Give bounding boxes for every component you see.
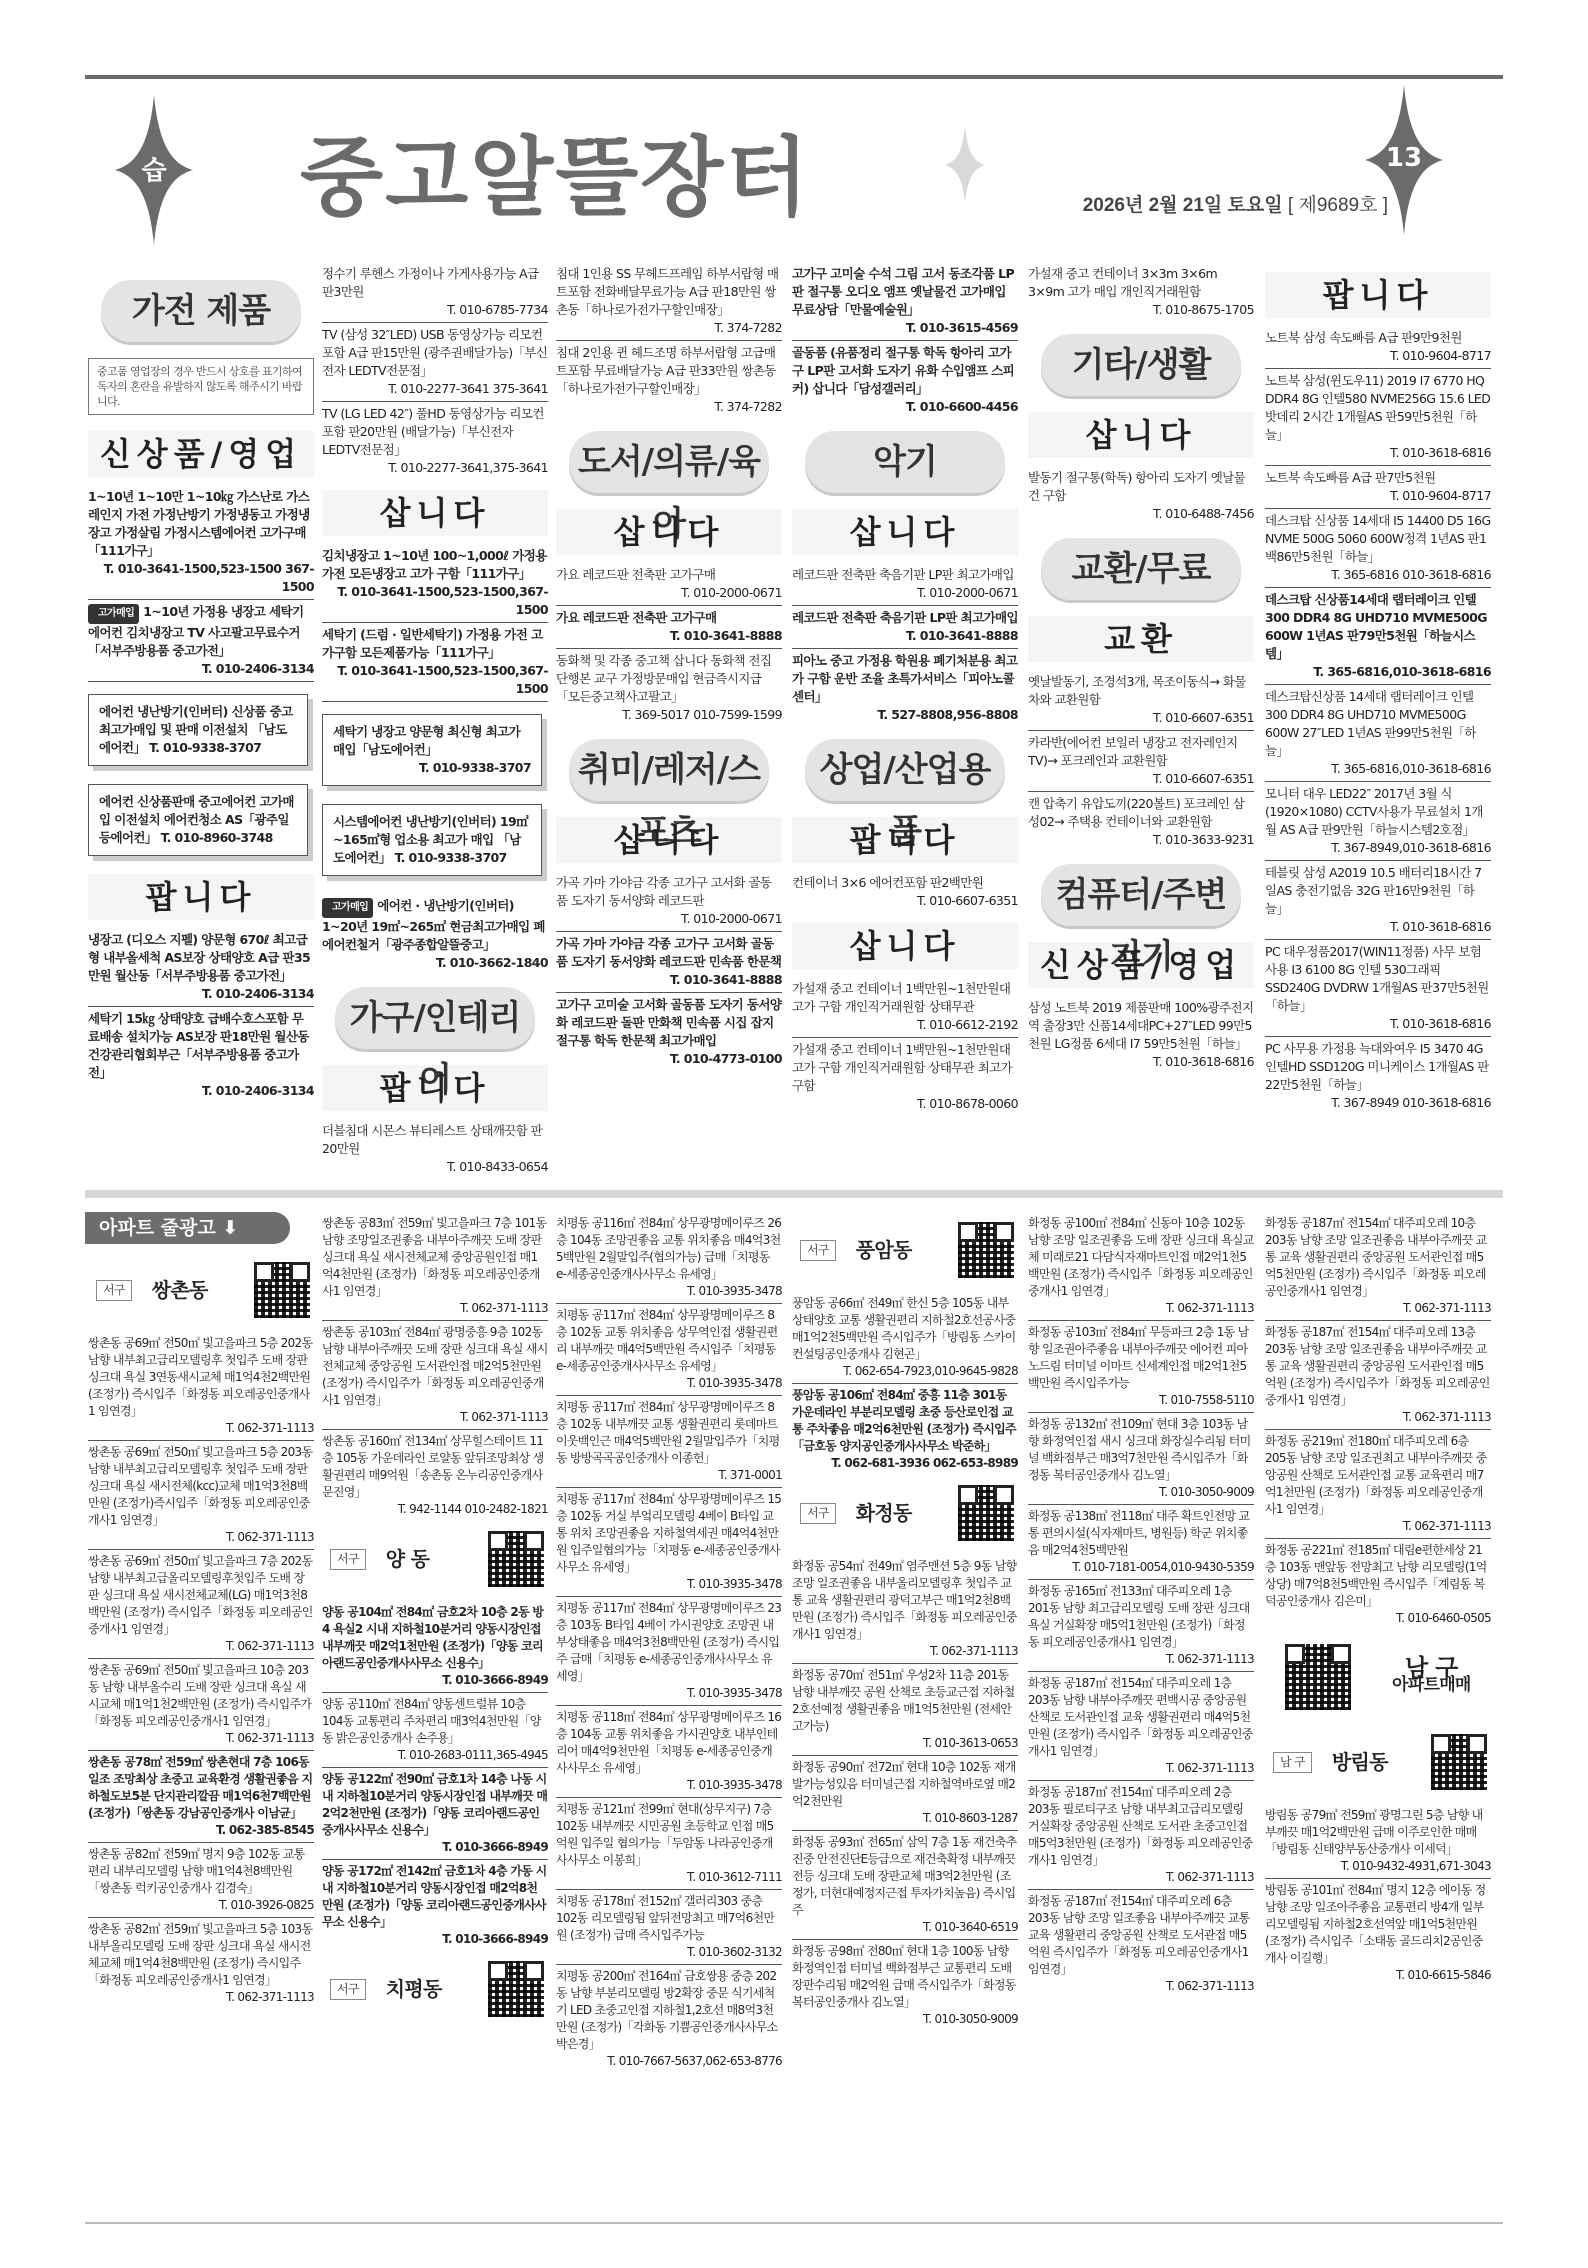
listing: 1~10년 1~10만 1~10㎏ 가스난로 가스레인지 가전 가정난방기 가정… (88, 485, 314, 600)
listing: 쌍촌동 공69㎡ 전50㎡ 빛고을파크 5층 203동 남향 내부최고급리모델링… (88, 1441, 314, 1550)
listing: 쌍촌동 공82㎡ 전59㎡ 빛고을파크 5층 103동 내부올리모델링 도배 장… (88, 1918, 314, 2009)
listing: 가설재 중고 컨테이너 1백만원~1천만원대 고가 구함 개인직거래원함 상태무… (792, 977, 1018, 1038)
listing: 가곡 가마 가야금 각종 고가구 고서화 골동품 도자기 동서양화 레코드판T.… (556, 871, 782, 932)
district-header: 서구쌍촌동 (88, 1252, 314, 1332)
listing: 풍암동 공106㎡ 전84㎡ 중흥 11층 301동 가운데라인 부분리모델링 … (792, 1384, 1018, 1475)
listing: 치평동 공117㎡ 전84㎡ 상무광명메이루즈 15층 102동 거실 부엌리모… (556, 1488, 782, 1597)
listing: 화정동 공187㎡ 전154㎡ 대주피오레 2층 203동 필로티구조 남향 내… (1028, 1781, 1254, 1890)
listing: 컨테이너 3×6 에어컨포함 판2백만원T. 010-6607-6351 (792, 871, 1018, 913)
section-sell: 팝니다 (1265, 272, 1491, 318)
listing: 정수기 루헨스 가정이나 가게사용가능 A급 판3만원T. 010-6785-7… (322, 262, 548, 323)
listing: 치평동 공121㎡ 전99㎡ 현대(상무지구) 7층 102동 내부깨끗 시민공… (556, 1798, 782, 1890)
apt-column-1: 서구쌍촌동 쌍촌동 공69㎡ 전50㎡ 빛고을파크 5층 202동 남향 내부최… (88, 1252, 314, 2009)
category-appliances: 가전 제품 (101, 280, 301, 342)
listing: 동화책 및 각종 중고책 삽니다 동화책 전집 단행본 교구 가정방문매입 현금… (556, 649, 782, 727)
listing: 가설재 중고 컨테이너 1백만원~1천만원대 고가 구함 개인직거래원함 상태무… (792, 1038, 1018, 1116)
listing: 양동 공172㎡ 전142㎡ 금호1차 4층 가동 시내 지하철10분거리 양동… (322, 1860, 548, 1951)
listing: 모니터 대우 LED22″ 2017년 3월 식(1920×1080) CCTV… (1265, 782, 1491, 861)
premium-buy-tag: 고가매입 (322, 898, 373, 918)
qr-code-icon[interactable] (488, 1961, 544, 2017)
page-number: 13 (1365, 143, 1443, 173)
listing: 더블침대 시몬스 뷰티레스트 상태깨끗함 판20만원T. 010-8433-06… (322, 1119, 548, 1179)
listing: 노트북 삼성(윈도우11) 2019 I7 6770 HQ DDR4 8G 인텔… (1265, 369, 1491, 466)
listing: 치평동 공117㎡ 전84㎡ 상무광명메이루즈 8층 102동 교통 위치좋음 … (556, 1304, 782, 1396)
listing: 화정동 공93㎡ 전65㎡ 삼익 7층 1동 재건축추진중 안전진단E등급으로 … (792, 1831, 1018, 1940)
listing: 쌍촌동 공103㎡ 전84㎡ 광명중흥 9층 102동 남향 내부아주깨끗 도배… (322, 1321, 548, 1430)
listing: 데스크탑 신상품14세대 랩터레이크 인텔 300 DDR4 8G UHD710… (1265, 588, 1491, 685)
section-sell: 팝니다 (322, 1065, 548, 1111)
listing: PC 대우정품2017(WIN11정품) 사무 보험사용 I3 6100 8G … (1265, 940, 1491, 1037)
qr-code-icon[interactable] (958, 1222, 1014, 1278)
listing: 치평동 공117㎡ 전84㎡ 상무광명메이루즈 23층 103동 B타입 4베이… (556, 1597, 782, 1706)
category-computers: 컴퓨터/주변기기 (1041, 864, 1241, 926)
boxed-listing: 세탁기 냉장고 양문형 최신형 최고가매입「남도에어컨」T. 010-9338-… (322, 714, 542, 786)
qr-code-icon[interactable] (488, 1531, 544, 1587)
listing: 고가구 고미술 수석 그림 고서 동조각품 LP판 절구통 오디오 앰프 옛날물… (792, 262, 1018, 341)
column-3: 침대 1인용 SS 무헤드프레임 하부서랍형 매트포함 전화배달무료가능 A급 … (556, 262, 782, 1071)
district-header: 서구풍암동 (792, 1212, 1018, 1292)
listing: 데스크탑 신상품 14세대 I5 14400 D5 16G NVME 500G … (1265, 509, 1491, 588)
listing: 레코드판 전축판 축음기판 LP판 최고가매입T. 010-3641-8888 (792, 606, 1018, 649)
listing: 화정동 공132㎡ 전109㎡ 현대 3층 103동 남향 화정역인접 새시 싱… (1028, 1413, 1254, 1505)
listing: 발동기 절구통(학독) 항아리 도자기 옛날물건 구함T. 010-6488-7… (1028, 466, 1254, 526)
column-1: 가전 제품 중고품 영업장의 경우 반드시 상호를 표기하여 독자의 혼란을 유… (88, 268, 314, 1103)
listing: 가곡 가마 가야금 각종 고가구 고서화 골동품 도자기 동서양화 레코드판 민… (556, 932, 782, 993)
district-header: 서구양 동 (322, 1521, 548, 1601)
badge-label: 습 (115, 150, 193, 187)
listing: 화정동 공187㎡ 전154㎡ 대주피오레 1층 203동 남향 내부아주깨끗 … (1028, 1672, 1254, 1781)
listing: 화정동 공103㎡ 전84㎡ 무등파크 2층 1동 남향 일조권아주좋음 내부아… (1028, 1321, 1254, 1413)
listing: 치평동 공200㎡ 전164㎡ 금호쌍용 중층 202동 남향 부분리모델링 방… (556, 1965, 782, 2073)
listing: 화정동 공100㎡ 전84㎡ 신동아 10층 102동 남향 조망 일조권좋음 … (1028, 1212, 1254, 1321)
listing: 가설재 중고 컨테이너 3×3m 3×6m 3×9m 고가 매입 개인직거래원함… (1028, 262, 1254, 322)
listing: 골동품 (유품정리 절구통 학독 항아리 고가구 LP판 고서화 도자기 유화 … (792, 341, 1018, 419)
section-new-business: 신상품/영업 (1028, 942, 1254, 988)
listing: 가요 레코드판 전축판 고가구매T. 010-3641-8888 (556, 606, 782, 649)
listing: 쌍촌동 공83㎡ 전59㎡ 빛고을파크 7층 101동 남향 조망일조권좋음 내… (322, 1212, 548, 1321)
boxed-listing: 시스템에어컨 냉난방기(인버터) 19㎡~165㎡형 업소용 최고가 매입 「남… (322, 804, 542, 876)
category-misc-living: 기타/생활 (1041, 334, 1241, 396)
page-title: 중고알뜰장터 (300, 108, 810, 232)
category-books-clothing: 도서/의류/육아 (569, 431, 769, 493)
listing: TV (삼성 32″LED) USB 동영상가능 리모컨포함 A급 판15만원 … (322, 323, 548, 402)
listing: 화정동 공221㎡ 전185㎡ 대림e편한세상 21층 103동 맨앞동 전망최… (1265, 1539, 1491, 1630)
listing: 화정동 공138㎡ 전118㎡ 대주 확트인전망 교통 편의시설(식자재마트, … (1028, 1505, 1254, 1580)
district-header: 서구치평동 (322, 1951, 548, 2031)
listing: 삼성 노트북 2019 제품판매 100%광주전지역 출장3만 신품14세대PC… (1028, 996, 1254, 1074)
listing: PC 사무용 가정용 늑대와여우 I5 3470 4G 인텔HD SSD120G… (1265, 1037, 1491, 1115)
listing: 화정동 공187㎡ 전154㎡ 대주피오레 10층 203동 남향 조망 일조권… (1265, 1212, 1491, 1321)
qr-code-icon[interactable] (254, 1262, 310, 1318)
section-divider (85, 1190, 1503, 1198)
listing: 노트북 속도빠름 A급 판7만5천원T. 010-9604-8717 (1265, 466, 1491, 509)
listing: 치평동 공116㎡ 전84㎡ 상무광명메이루즈 26층 104동 조망권좋음 교… (556, 1212, 782, 1304)
section-new-business: 신상품/영업 (88, 431, 314, 477)
listing: 치평동 공178㎡ 전152㎡ 갤러리303 중층 102동 리모델링됨 앞뒤전… (556, 1890, 782, 1965)
apt-column-6: 화정동 공187㎡ 전154㎡ 대주피오레 10층 203동 남향 조망 일조권… (1265, 1212, 1491, 1987)
issue-date: 2026년 2월 21일 토요일 [ 제9689호 ] (1083, 190, 1388, 217)
listing: 방림동 공101㎡ 전84㎡ 명지 12층 에이동 정남향 조망 일조아주좋음 … (1265, 1879, 1491, 1987)
section-buy: 삽니다 (792, 509, 1018, 555)
bottom-rule (85, 2222, 1503, 2224)
listing: 양동 공110㎡ 전84㎡ 양동센트럴뷰 10층 104동 교통편리 주차편리 … (322, 1693, 548, 1768)
section-sell: 팝니다 (88, 874, 314, 920)
apt-column-2: 쌍촌동 공83㎡ 전59㎡ 빛고을파크 7층 101동 남향 조망일조권좋음 내… (322, 1212, 548, 2031)
column-6: 팝니다 노트북 삼성 속도빠름 A급 판9만9천원T. 010-9604-871… (1265, 262, 1491, 1115)
listing: 노트북 삼성 속도빠름 A급 판9만9천원T. 010-9604-8717 (1265, 326, 1491, 369)
listing: 고가매입1~10년 가정용 냉장고 세탁기 에어컨 김치냉장고 TV 사고팔고무… (88, 600, 314, 682)
listing: 고가매입에어컨 · 냉난방기(인버터) 1~20년 19㎡~265㎡ 현금최고가… (322, 894, 548, 975)
sparkle-icon (945, 120, 985, 210)
category-hobby-sports: 취미/레저/스포츠 (569, 739, 769, 801)
listing: 데스크탑신상품 14세대 랩터레이크 인텔 300 DDR4 8G UHD710… (1265, 685, 1491, 782)
listing: 화정동 공90㎡ 전72㎡ 현대 10층 102동 재개발가능성있음 터미널근접… (792, 1756, 1018, 1831)
listing: 양동 공122㎡ 전90㎡ 금호1차 14층 나동 시내 지하철10분거리 양동… (322, 1768, 548, 1860)
listing: 화정동 공187㎡ 전154㎡ 대주피오레 13층 203동 남향 조망 일조권… (1265, 1321, 1491, 1430)
listing: 화정동 공54㎡ 전49㎡ 염주맨션 5층 9동 남향 조망 일조권좋음 내부올… (792, 1555, 1018, 1664)
column-5: 가설재 중고 컨테이너 3×3m 3×6m 3×9m 고가 매입 개인직거래원함… (1028, 262, 1254, 1074)
district-header: 서구화정동 (792, 1475, 1018, 1555)
listing: 고가구 고미술 고서화 골동품 도자기 동서양화 레코드판 돌판 만화책 민속품… (556, 993, 782, 1071)
apt-column-5: 화정동 공100㎡ 전84㎡ 신동아 10층 102동 남향 조망 일조권좋음 … (1028, 1212, 1254, 1998)
boxed-listing: 에어컨 신상품판매 중고에어컨 고가매입 이전설치 에어컨청소 AS「광주일등에… (88, 784, 308, 856)
apartment-banner: 아파트 줄광고 ⬇ (85, 1212, 290, 1244)
listing: 쌍촌동 공160㎡ 전134㎡ 상무힐스테이트 11층 105동 가운데라인 로… (322, 1430, 548, 1521)
section-buy: 삽니다 (1028, 412, 1254, 458)
arrow-down-circle-icon: ⬇ (222, 1217, 238, 1239)
section-exchange: 교환 (1028, 616, 1254, 662)
section-buy: 삽니다 (322, 490, 548, 536)
section-buy: 삽니다 (556, 509, 782, 555)
boxed-listing: 에어컨 냉난방기(인버터) 신상품 중고 최고가매입 및 판매 이전설치 「남도… (88, 694, 308, 766)
listing: 침대 2인용 퀸 헤드조명 하부서랍형 고급매트포함 무료배달가능 A급 판33… (556, 341, 782, 419)
listing: 침대 1인용 SS 무헤드프레임 하부서랍형 매트포함 전화배달무료가능 A급 … (556, 262, 782, 341)
page-number-badge: 13 (1365, 85, 1443, 235)
listing: 세탁기 (드럼 · 일반세탁기) 가정용 가전 고가구함 모든제품가능「111가… (322, 623, 548, 702)
category-exchange-free: 교환/무료 (1041, 538, 1241, 600)
listing: 치평동 공117㎡ 전84㎡ 상무광명메이루즈 8층 102동 내부깨끗 교통 … (556, 1396, 782, 1488)
column-4: 고가구 고미술 수석 그림 고서 동조각품 LP판 절구통 오디오 앰프 옛날물… (792, 262, 1018, 1116)
listing: 쌍촌동 공82㎡ 전59㎡ 명지 9층 102동 교통편리 내부리모델링 남향 … (88, 1843, 314, 1918)
listing: 쌍촌동 공69㎡ 전50㎡ 빛고을파크 10층 203동 남향 내부올수리 도배… (88, 1659, 314, 1751)
section-badge: 습 (115, 95, 193, 245)
listing: 레코드판 전축판 축음기판 LP판 최고가매입T. 010-2000-0671 (792, 563, 1018, 606)
listing: 치평동 공118㎡ 전84㎡ 상무광명메이루즈 16층 104동 교통 위치좋음… (556, 1706, 782, 1798)
section-buy: 삽니다 (792, 923, 1018, 969)
listing: 테블릿 삼성 A2019 10.5 배터리18시간 7일AS 충전기없음 32G… (1265, 861, 1491, 940)
listing: 양동 공104㎡ 전84㎡ 금호2차 10층 2동 방4 욕실2 시내 지하철1… (322, 1601, 548, 1693)
category-instruments: 악기 (805, 431, 1005, 493)
listing: 가요 레코드판 전축판 고가구매T. 010-2000-0671 (556, 563, 782, 606)
top-rule (85, 75, 1503, 79)
listing: 옛날발동기, 조경석3개, 목조이동식→ 화물차와 교환원함T. 010-660… (1028, 670, 1254, 731)
listing: 세탁기 15㎏ 상태양호 급배수호스포함 무료배송 설치가능 AS보장 판18만… (88, 1007, 314, 1103)
qr-code-icon[interactable] (1285, 1644, 1351, 1710)
premium-buy-tag: 고가매입 (88, 604, 139, 624)
category-commercial: 상업/산업용품 (805, 739, 1005, 801)
qr-code-icon[interactable] (958, 1485, 1014, 1541)
listing: 화정동 공219㎡ 전180㎡ 대주피오레 6층 205동 남향 조망 일조권최… (1265, 1430, 1491, 1539)
notice-box: 중고품 영업장의 경우 반드시 상호를 표기하여 독자의 혼란을 유발하지 않도… (88, 358, 314, 415)
qr-code-icon[interactable] (1431, 1734, 1487, 1790)
category-furniture: 가구/인테리어 (335, 987, 535, 1049)
column-2: 정수기 루헨스 가정이나 가게사용가능 A급 판3만원T. 010-6785-7… (322, 262, 548, 1179)
listing: 캔 압축기 유압도끼(220볼트) 포크레인 삼성02→ 주택용 컨테이너와 교… (1028, 792, 1254, 852)
listing: 풍암동 공66㎡ 전49㎡ 한신 5층 105동 내부상태양호 교통 생활권편리… (792, 1292, 1018, 1384)
listing: 화정동 공98㎡ 전80㎡ 현대 1층 100동 남향 화정역인접 터미널 백화… (792, 1940, 1018, 2031)
section-buy: 삽니다 (556, 817, 782, 863)
listing: 김치냉장고 1~10년 100~1,000ℓ 가정용가전 모든냉장고 고가 구함… (322, 544, 548, 623)
district-header: 남 구방림동 (1265, 1724, 1491, 1804)
listing: TV (LG LED 42″) 풀HD 동영상가능 리모컨포함 판20만원 (배… (322, 402, 548, 480)
listing: 화정동 공165㎡ 전133㎡ 대주피오레 1층 201동 남향 최고급리모델링… (1028, 1580, 1254, 1672)
listing: 쌍촌동 공78㎡ 전59㎡ 쌍촌현대 7층 106동 일조 조망최상 초중고 교… (88, 1751, 314, 1843)
listing: 쌍촌동 공69㎡ 전50㎡ 빛고을파크 7층 202동 남향 내부최고급올리모델… (88, 1550, 314, 1659)
apt-column-4: 서구풍암동 풍암동 공66㎡ 전49㎡ 한신 5층 105동 내부상태양호 교통… (792, 1212, 1018, 2031)
listing: 피아노 중고 가정용 학원용 폐기처분용 최고가 구함 운반 조율 초특가서비스… (792, 649, 1018, 727)
listing: 카라반(에어컨 보일러 냉장고 전자레인지 TV)→ 포크레인과 교환원함T. … (1028, 731, 1254, 792)
section-sell: 팝니다 (792, 817, 1018, 863)
namgu-banner: 남 구아파트매매 (1265, 1630, 1491, 1724)
listing: 냉장고 (디오스 지펠) 양문형 670ℓ 최고급형 내부올세척 AS보장 상태… (88, 928, 314, 1007)
listing: 쌍촌동 공69㎡ 전50㎡ 빛고을파크 5층 202동 남향 내부최고급리모델링… (88, 1332, 314, 1441)
apt-column-3: 치평동 공116㎡ 전84㎡ 상무광명메이루즈 26층 104동 조망권좋음 교… (556, 1212, 782, 2073)
listing: 방림동 공79㎡ 전59㎡ 광명그린 5층 남향 내부깨끗 매1억2백만원 급매… (1265, 1804, 1491, 1879)
listing: 화정동 공70㎡ 전51㎡ 우성2차 11층 201동 남향 내부깨끗 공원 산… (792, 1664, 1018, 1756)
listing: 화정동 공187㎡ 전154㎡ 대주피오레 6층 203동 남향 조망 일조좋음… (1028, 1890, 1254, 1998)
